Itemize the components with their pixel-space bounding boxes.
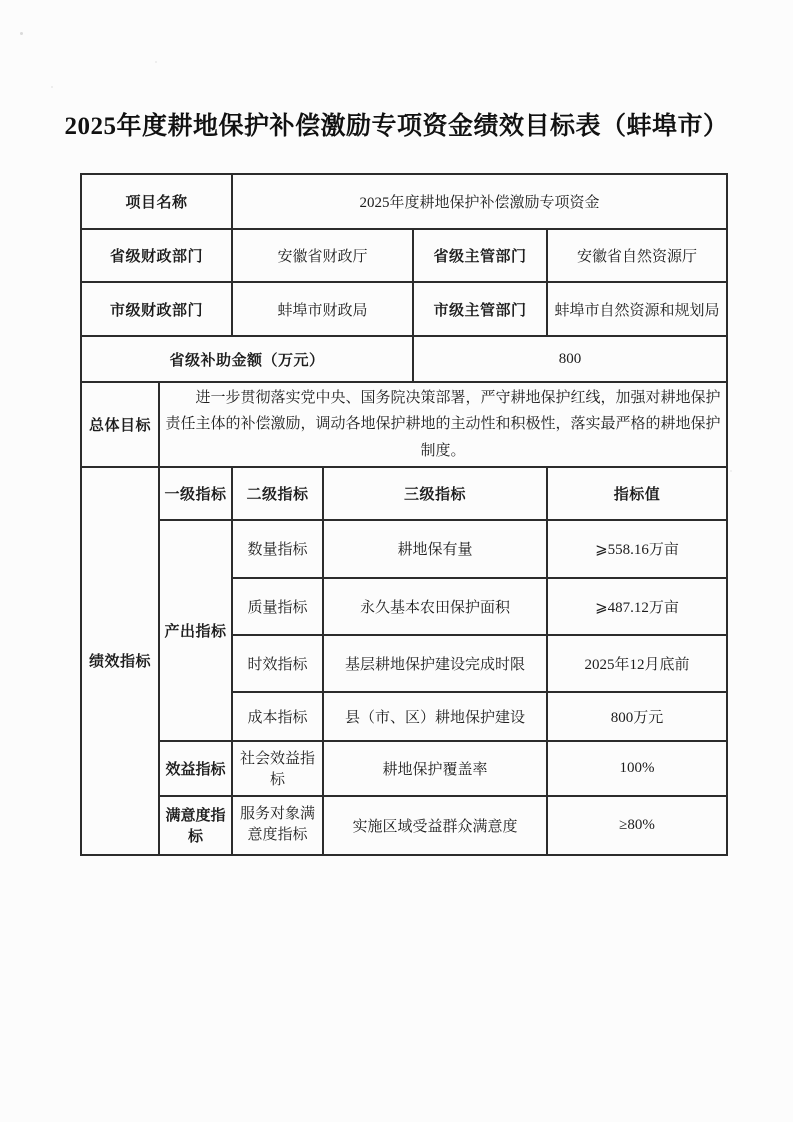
overall-goal-label: 总体目标: [81, 382, 159, 467]
header-level3-indicator: 三级指标: [323, 467, 547, 520]
quantity-indicator-label: 数量指标: [232, 520, 323, 578]
table-row: 项目名称 2025年度耕地保护补偿激励专项资金: [81, 174, 727, 229]
table-row: 市级财政部门 蚌埠市财政局 市级主管部门 蚌埠市自然资源和规划局: [81, 282, 727, 336]
provincial-finance-dept-label: 省级财政部门: [81, 229, 232, 282]
municipal-finance-dept-label: 市级财政部门: [81, 282, 232, 336]
social-benefit-indicator-label: 社会效益指标: [232, 741, 323, 796]
timeliness-indicator-label: 时效指标: [232, 635, 323, 692]
header-indicator-value: 指标值: [547, 467, 727, 520]
table-row: 省级财政部门 安徽省财政厅 省级主管部门 安徽省自然资源厅: [81, 229, 727, 282]
table-row: 效益指标 社会效益指标 耕地保护覆盖率 100%: [81, 741, 727, 796]
overall-goal-text: 进一步贯彻落实党中央、国务院决策部署，严守耕地保护红线，加强对耕地保护责任主体的…: [159, 382, 727, 467]
provincial-finance-dept-value: 安徽省财政厅: [232, 229, 413, 282]
performance-indicator-section-label: 绩效指标: [81, 467, 159, 855]
quantity-indicator-value: ⩾558.16万亩: [547, 520, 727, 578]
service-object-satisfaction-label: 服务对象满意度指标: [232, 796, 323, 855]
page-title: 2025年度耕地保护补偿激励专项资金绩效目标表（蚌埠市）: [0, 106, 793, 142]
scan-speck: [20, 32, 23, 35]
performance-target-table: 项目名称 2025年度耕地保护补偿激励专项资金 省级财政部门 安徽省财政厅 省级…: [80, 173, 728, 856]
quality-indicator-label: 质量指标: [232, 578, 323, 635]
quality-indicator-name: 永久基本农田保护面积: [323, 578, 547, 635]
satisfaction-indicator-group-label: 满意度指标: [159, 796, 232, 855]
overall-goal-paragraph: 进一步贯彻落实党中央、国务院决策部署，严守耕地保护红线，加强对耕地保护责任主体的…: [164, 385, 722, 464]
benefit-indicator-group-label: 效益指标: [159, 741, 232, 796]
municipal-competent-dept-label: 市级主管部门: [413, 282, 547, 336]
table-row: 产出指标 数量指标 耕地保有量 ⩾558.16万亩: [81, 520, 727, 578]
table-row: 总体目标 进一步贯彻落实党中央、国务院决策部署，严守耕地保护红线，加强对耕地保护…: [81, 382, 727, 467]
municipal-finance-dept-value: 蚌埠市财政局: [232, 282, 413, 336]
table-row: 满意度指标 服务对象满意度指标 实施区域受益群众满意度 ≥80%: [81, 796, 727, 855]
scan-speck: [155, 61, 157, 63]
quantity-indicator-name: 耕地保有量: [323, 520, 547, 578]
project-name-value: 2025年度耕地保护补偿激励专项资金: [232, 174, 727, 229]
timeliness-indicator-name: 基层耕地保护建设完成时限: [323, 635, 547, 692]
cost-indicator-name: 县（市、区）耕地保护建设: [323, 692, 547, 741]
cost-indicator-value: 800万元: [547, 692, 727, 741]
output-indicator-group-label: 产出指标: [159, 520, 232, 741]
satisfaction-indicator-value: ≥80%: [547, 796, 727, 855]
provincial-competent-dept-value: 安徽省自然资源厅: [547, 229, 727, 282]
scan-speck: [730, 470, 732, 472]
subsidy-amount-value: 800: [413, 336, 727, 382]
benefit-indicator-value: 100%: [547, 741, 727, 796]
table-header-row: 绩效指标 一级指标 二级指标 三级指标 指标值: [81, 467, 727, 520]
quality-indicator-value: ⩾487.12万亩: [547, 578, 727, 635]
header-level2-indicator: 二级指标: [232, 467, 323, 520]
municipal-competent-dept-value: 蚌埠市自然资源和规划局: [547, 282, 727, 336]
subsidy-amount-label: 省级补助金额（万元）: [81, 336, 413, 382]
cost-indicator-label: 成本指标: [232, 692, 323, 741]
project-name-label: 项目名称: [81, 174, 232, 229]
table-row: 省级补助金额（万元） 800: [81, 336, 727, 382]
header-level1-indicator: 一级指标: [159, 467, 232, 520]
benefit-indicator-name: 耕地保护覆盖率: [323, 741, 547, 796]
timeliness-indicator-value: 2025年12月底前: [547, 635, 727, 692]
scan-speck: [51, 86, 53, 88]
satisfaction-indicator-name: 实施区域受益群众满意度: [323, 796, 547, 855]
scanned-document-page: 2025年度耕地保护补偿激励专项资金绩效目标表（蚌埠市） 项目名称 2025年度…: [0, 0, 793, 1122]
provincial-competent-dept-label: 省级主管部门: [413, 229, 547, 282]
